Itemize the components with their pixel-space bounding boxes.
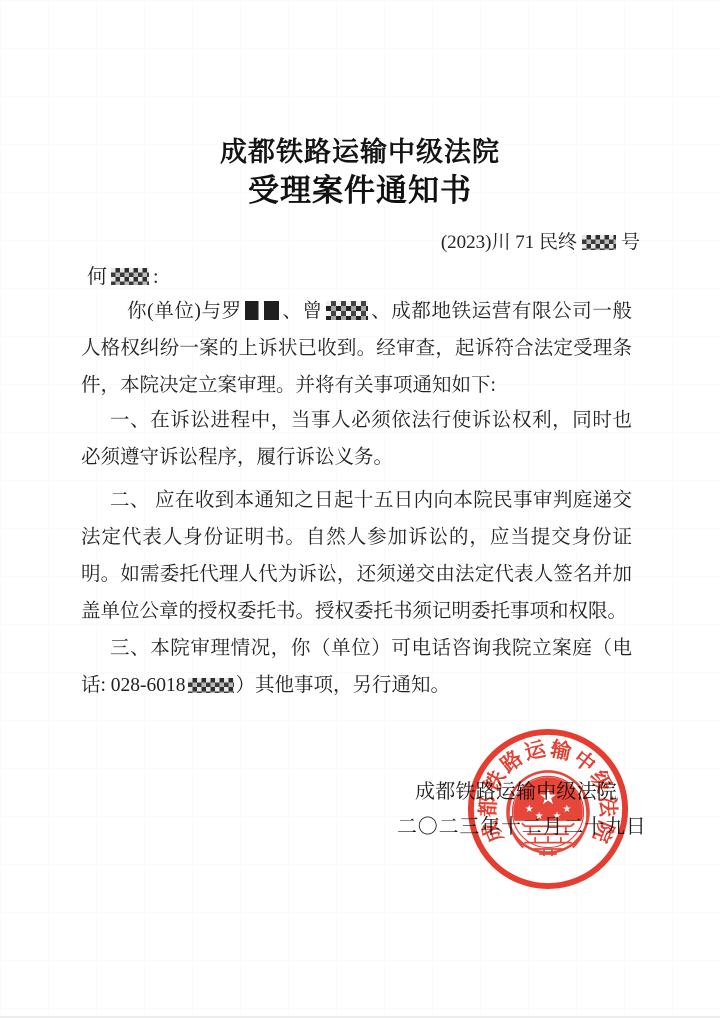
seal-character: 输 [547, 736, 574, 764]
document-title: 受理案件通知书 [0, 165, 720, 210]
emblem-small-star-icon: ★ [562, 804, 571, 815]
intro-text-1: 你(单位)与罗 [127, 301, 242, 322]
emblem-big-star-icon: ★ [539, 787, 558, 809]
redaction-block [188, 678, 234, 693]
emblem-small-star-icon: ★ [525, 804, 534, 815]
notice-item-2: 二、 应在收到本通知之日起十五日内向本院民事审判庭递交法定代表人身份证明书。自然… [81, 482, 632, 630]
case-number-prefix: (2023)川 71 民终 [441, 232, 577, 253]
notice-item-1: 一、在诉讼进程中，当事人必须依法行使诉讼权利，同时也必须遵守诉讼程序，履行诉讼义… [81, 402, 632, 476]
recipient-line: 何: [87, 260, 159, 289]
redaction-block [245, 301, 279, 320]
intro-text-2: 、曾 [282, 301, 323, 322]
redaction-block [582, 235, 616, 250]
redaction-block [326, 301, 368, 320]
document-page: 成都铁路运输中级法院 受理案件通知书 (2023)川 71 民终号 何: 你(单… [0, 0, 720, 1018]
notice-item-3: 三、本院审理情况，你（单位）可电话咨询我院立案庭（电话: 028-6018）其他… [81, 630, 632, 704]
case-number: (2023)川 71 民终号 [441, 227, 640, 254]
redaction-block [111, 268, 149, 285]
court-name-title: 成都铁路运输中级法院 [0, 130, 720, 169]
national-emblem: ★ ★ ★ ★ ★ [507, 771, 588, 855]
emblem-small-star-icon: ★ [535, 811, 544, 822]
item3-text-2: ）其他事项，另行通知。 [236, 675, 451, 696]
official-seal: 成都铁路运输中级法院 ★ ★ ★ ★ ★ [464, 725, 632, 893]
seal-character: 都 [476, 795, 501, 818]
seal-character: 法 [595, 795, 620, 817]
seal-character: 成 [478, 818, 508, 847]
emblem-small-star-icon: ★ [552, 811, 561, 822]
tiananmen-gate [522, 823, 574, 842]
case-number-suffix: 号 [621, 232, 640, 253]
recipient-name-prefix: 何 [87, 266, 107, 288]
seal-character: 院 [588, 818, 618, 847]
recipient-colon: : [153, 266, 159, 288]
seal-character: 运 [523, 738, 548, 765]
intro-paragraph: 你(单位)与罗、曾、成都地铁运营有限公司一般人格权纠纷一案的上诉状已收到。经审查… [81, 293, 632, 404]
